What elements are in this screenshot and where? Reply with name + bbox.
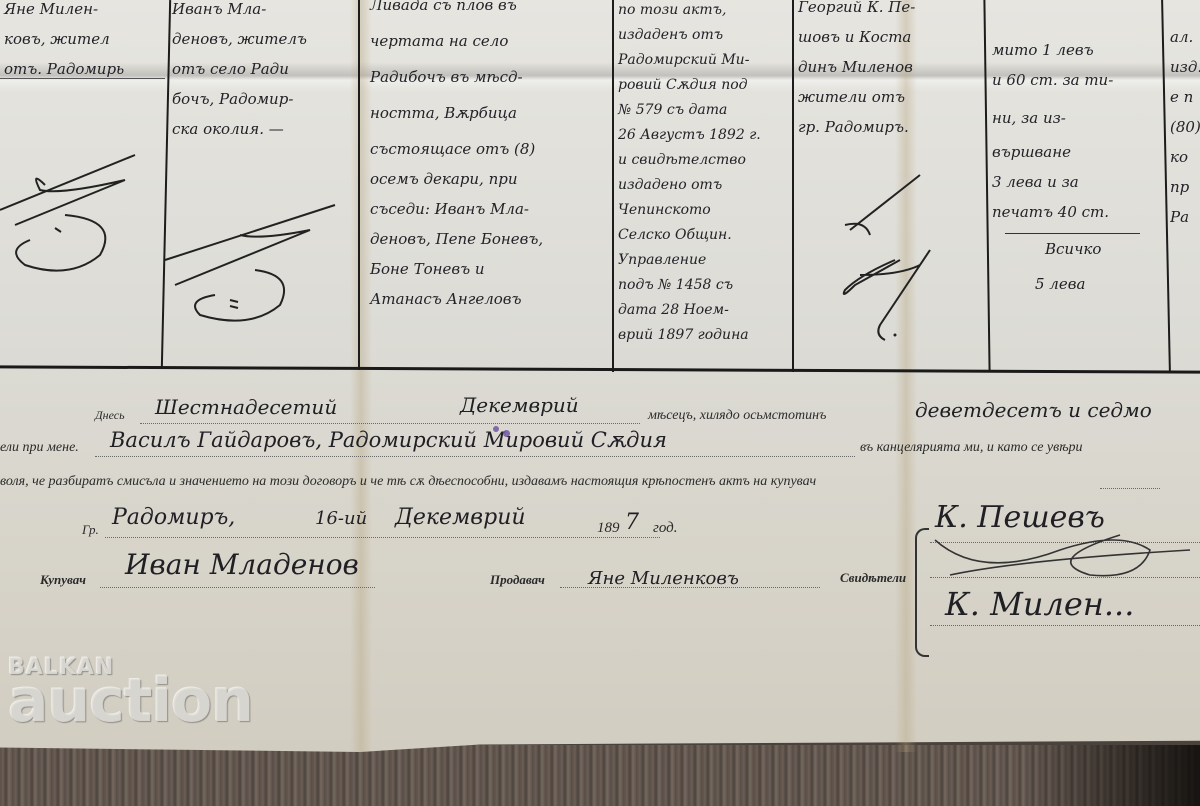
body-line2-suffix: въ канцелярията ми, и като се увѣри — [860, 440, 1083, 456]
table-column-divider — [612, 0, 614, 372]
body-line1-prefix: Днесь — [95, 408, 125, 423]
seller-signature — [0, 150, 150, 280]
fees-sum-rule — [1005, 233, 1140, 234]
seller-label: Продавач — [490, 572, 545, 588]
buyer-label: Купувач — [40, 572, 86, 588]
dotted-fill-line — [105, 537, 660, 538]
body-line3: воля, че разбиратъ смисъла и значението … — [0, 474, 816, 490]
dotted-fill-line — [930, 625, 1200, 626]
dotted-fill-line — [1100, 488, 1160, 489]
table-cell-witnesses: Георгий К. Пе- шовъ и Коста динъ Миленов… — [798, 0, 984, 142]
day-handwritten: Шестнадесетий — [155, 395, 337, 419]
place-prefix: Гр. — [82, 522, 99, 538]
table-cell-title-documents: по този актъ, издаденъ отъ Радомирский М… — [618, 0, 792, 348]
dotted-fill-line — [95, 456, 855, 457]
fees-total-label: Всичко — [1045, 240, 1101, 258]
buyer-signature — [160, 200, 350, 330]
body-line1-mid: мѣсецъ, хилядо осьмстотинъ — [648, 408, 826, 424]
balkan-auction-watermark: BALKAN auction — [8, 655, 253, 736]
place-handwritten: Радомиръ, — [112, 505, 235, 530]
violet-ink-spot — [493, 426, 499, 432]
table-cell-buyer: Иванъ Мла- деновъ, жителъ отъ село Ради … — [172, 0, 357, 144]
month-handwritten: Декемврий — [460, 393, 579, 417]
table-cell-property: Ливада съ плов въ чертата на село Радибо… — [370, 0, 610, 314]
date-year-suffix: год. — [653, 520, 678, 537]
wood-table-surface — [0, 745, 1200, 806]
witness2-signature-text: К. Милен... — [945, 585, 1134, 623]
table-column-divider — [792, 0, 794, 372]
table-column-divider — [358, 0, 360, 370]
violet-ink-spot — [503, 430, 510, 437]
dotted-fill-line — [140, 423, 640, 424]
fees-total-value: 5 лева — [1035, 275, 1085, 293]
witnesses-label: Свидѣтели — [840, 570, 906, 586]
witness-signature — [840, 165, 990, 365]
date-month-handwritten: Декемврий — [395, 505, 526, 530]
seller-signature-text: Яне Миленковъ — [588, 568, 739, 589]
date-day-handwritten: 16-ий — [315, 508, 367, 529]
buyer-signature-text: Иван Младенов — [125, 548, 359, 581]
date-year-prefix: 189 — [597, 520, 620, 537]
body-line2-prefix: ели при мене. — [0, 440, 79, 456]
table-cell-seller: Яне Милен- ковъ, жител отъ. Радомирь — [4, 0, 164, 84]
witness1-flourish — [920, 520, 1200, 590]
table-cell-fees: мито 1 левъ и 60 ст. за ти- ни, за из- в… — [992, 35, 1164, 227]
date-year-digit: 7 — [625, 510, 639, 535]
table-cell-edge: ал. изд. е п (80) ко пр Ра — [1170, 22, 1200, 232]
year-words-handwritten: деветдесетъ и седмо — [915, 398, 1152, 422]
dotted-fill-line — [100, 587, 375, 588]
judge-handwritten: Василъ Гайдаровъ, Радомирский Мировий Сѫ… — [110, 428, 667, 452]
